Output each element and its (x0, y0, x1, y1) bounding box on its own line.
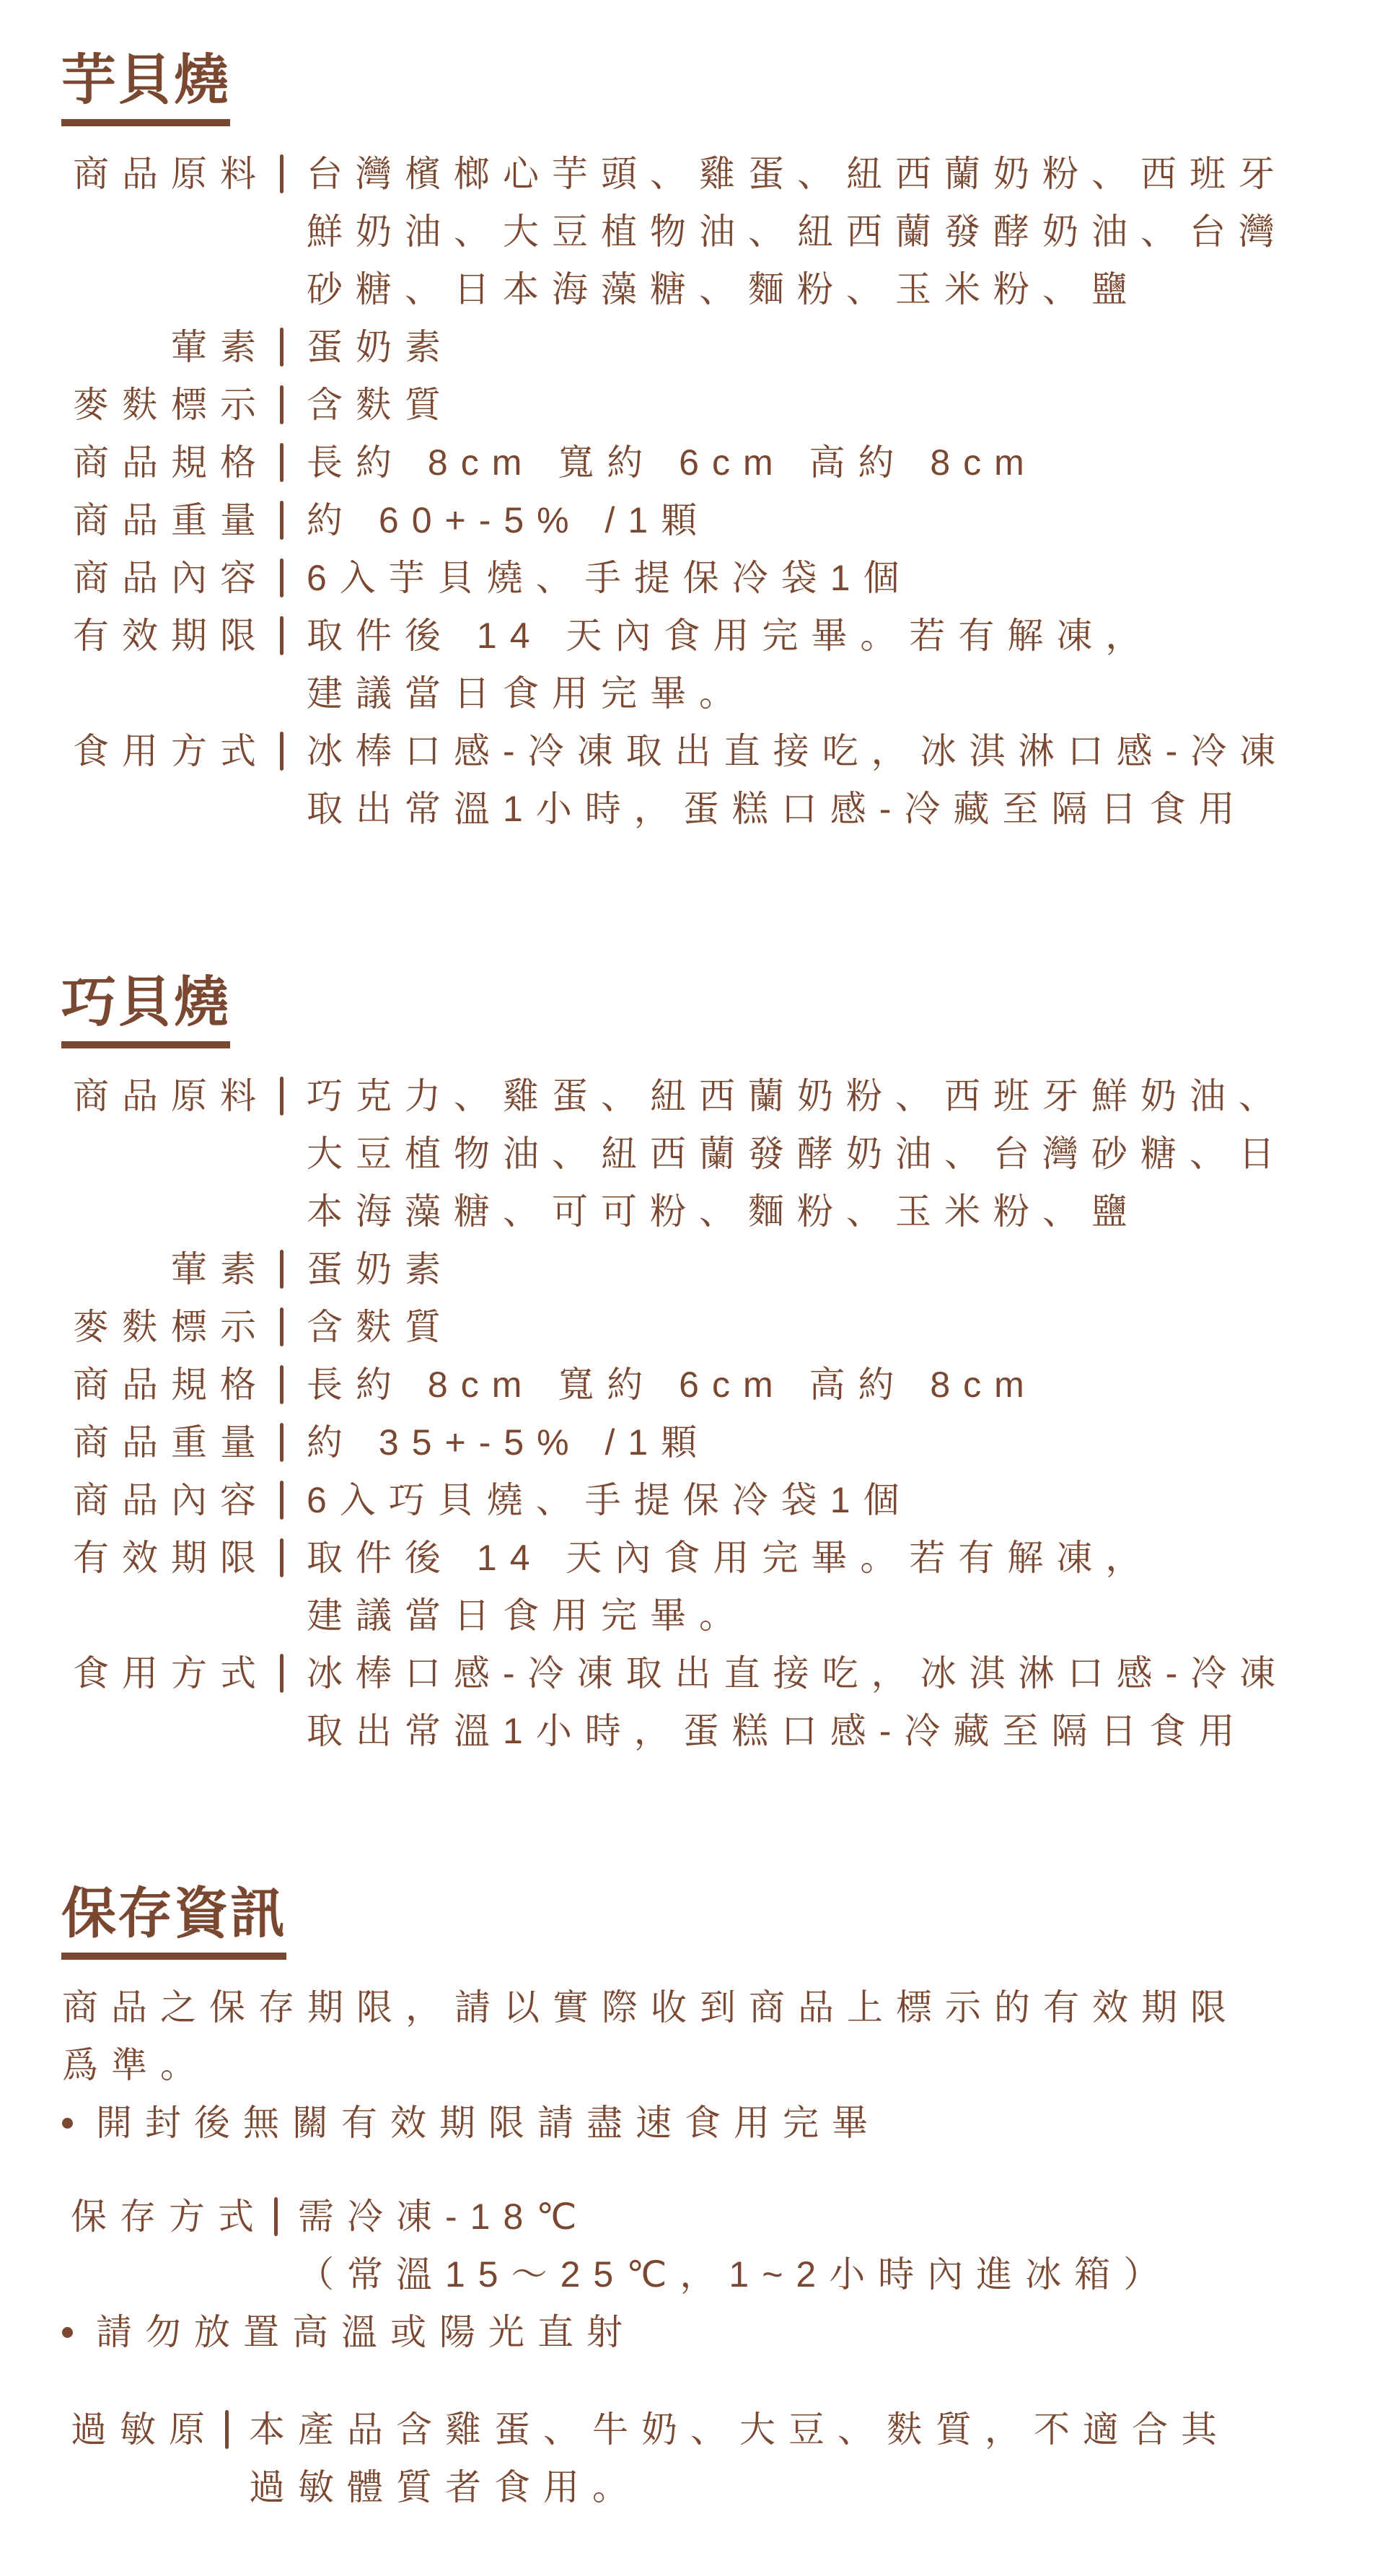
label-divider (280, 328, 283, 367)
storage-row: 保存方式 需冷凍-18℃ （常溫15～25℃，1~2小時內進冰箱） (0, 2188, 1385, 2303)
section-title: 保存資訊 (61, 1886, 286, 1960)
spec-row: 商品重量 約 35+-5% /1顆 (0, 1414, 1385, 1471)
spec-row: 麥麩標示 含麩質 (0, 1298, 1385, 1356)
spec-value: 取件後 14 天內食用完畢。若有解凍， 建議當日食用完畢。 (307, 607, 1154, 722)
spec-value: 巧克力、雞蛋、紐西蘭奶粉、西班牙鮮奶油、 大豆植物油、紐西蘭發酵奶油、台灣砂糖、… (307, 1067, 1288, 1240)
spec-label: 商品規格 (59, 1356, 269, 1414)
spec-line: 冰棒口感-冷凍取出直接吃，冰淇淋口感-冷凍 (307, 1644, 1288, 1702)
storage-info: 商品之保存期限，請以實際收到商品上標示的有效期限 爲準。 開封後無關有效期限請盡… (0, 1979, 1385, 2516)
spec-value: 蛋奶素 (307, 318, 454, 376)
label-divider (280, 501, 283, 540)
spec-line: 6入芋貝燒、手提保冷袋1個 (307, 549, 913, 607)
spec-label: 葷素 (59, 318, 269, 376)
spec-line: 蛋奶素 (307, 318, 454, 376)
spec-row: 商品內容 6入巧貝燒、手提保冷袋1個 (0, 1471, 1385, 1529)
spec-value: 長約 8cm 寬約 6cm 高約 8cm (307, 1356, 1037, 1414)
product-section-chocolate: 巧貝燒 (0, 975, 1385, 1048)
spec-row: 有效期限 取件後 14 天內食用完畢。若有解凍， 建議當日食用完畢。 (0, 607, 1385, 722)
section-title: 巧貝燒 (61, 975, 230, 1048)
section-title: 芋貝燒 (61, 53, 230, 126)
spec-value: 約 35+-5% /1顆 (307, 1414, 710, 1471)
spec-line: 長約 8cm 寬約 6cm 高約 8cm (307, 1356, 1037, 1414)
label-divider (274, 2197, 278, 2236)
label-divider (280, 154, 283, 193)
spec-line: 冰棒口感-冷凍取出直接吃，冰淇淋口感-冷凍 (307, 722, 1288, 780)
spec-label: 麥麩標示 (59, 1298, 269, 1356)
label-divider (225, 2410, 229, 2449)
spec-line: 含麩質 (307, 1298, 454, 1356)
bullet-dot-icon (62, 2327, 73, 2338)
spec-line: （常溫15～25℃，1~2小時內進冰箱） (298, 2246, 1172, 2303)
label-divider (280, 1423, 283, 1462)
spec-line: 約 60+-5% /1顆 (307, 491, 710, 549)
spec-line: 台灣檳榔心芋頭、雞蛋、紐西蘭奶粉、西班牙 (307, 145, 1288, 203)
product-section-taro: 芋貝燒 (0, 0, 1385, 126)
spec-line: 本海藻糖、可可粉、麵粉、玉米粉、鹽 (307, 1183, 1288, 1240)
spec-value: 本產品含雞蛋、牛奶、大豆、麩質，不適合其 過敏體質者食用。 (249, 2401, 1230, 2516)
spec-line: 建議當日食用完畢。 (307, 665, 1154, 722)
bullet-dot-icon (62, 2118, 73, 2129)
spec-row: 有效期限 取件後 14 天內食用完畢。若有解凍， 建議當日食用完畢。 (0, 1529, 1385, 1644)
spec-row: 商品規格 長約 8cm 寬約 6cm 高約 8cm (0, 1356, 1385, 1414)
spec-label: 有效期限 (59, 1529, 269, 1587)
spec-label: 商品內容 (59, 1471, 269, 1529)
spec-value: 6入巧貝燒、手提保冷袋1個 (307, 1471, 913, 1529)
spec-label: 過敏原 (71, 2401, 218, 2458)
spec-label: 商品原料 (59, 145, 269, 203)
spec-label: 有效期限 (59, 607, 269, 665)
spec-row: 食用方式 冰棒口感-冷凍取出直接吃，冰淇淋口感-冷凍 取出常溫1小時，蛋糕口感-… (0, 722, 1385, 838)
spec-row: 商品內容 6入芋貝燒、手提保冷袋1個 (0, 549, 1385, 607)
spec-label: 商品重量 (59, 1414, 269, 1471)
spec-row: 商品原料 台灣檳榔心芋頭、雞蛋、紐西蘭奶粉、西班牙 鮮奶油、大豆植物油、紐西蘭發… (0, 145, 1385, 318)
spec-row: 商品規格 長約 8cm 寬約 6cm 高約 8cm (0, 434, 1385, 491)
spec-value: 含麩質 (307, 1298, 454, 1356)
spec-line: 6入巧貝燒、手提保冷袋1個 (307, 1471, 913, 1529)
spec-line: 長約 8cm 寬約 6cm 高約 8cm (307, 434, 1037, 491)
label-divider (280, 385, 283, 424)
spec-list: 商品原料 巧克力、雞蛋、紐西蘭奶粉、西班牙鮮奶油、 大豆植物油、紐西蘭發酵奶油、… (0, 1067, 1385, 1760)
label-divider (280, 732, 283, 771)
label-divider (280, 1365, 283, 1404)
paragraph-line: 爲準。 (62, 2036, 1385, 2094)
spec-line: 大豆植物油、紐西蘭發酵奶油、台灣砂糖、日 (307, 1125, 1288, 1183)
spec-line: 鮮奶油、大豆植物油、紐西蘭發酵奶油、台灣 (307, 203, 1288, 260)
spec-row: 葷素 蛋奶素 (0, 1240, 1385, 1298)
spec-value: 台灣檳榔心芋頭、雞蛋、紐西蘭奶粉、西班牙 鮮奶油、大豆植物油、紐西蘭發酵奶油、台… (307, 145, 1288, 318)
spec-list: 商品原料 台灣檳榔心芋頭、雞蛋、紐西蘭奶粉、西班牙 鮮奶油、大豆植物油、紐西蘭發… (0, 145, 1385, 838)
spec-value: 冰棒口感-冷凍取出直接吃，冰淇淋口感-冷凍 取出常溫1小時，蛋糕口感-冷藏至隔日… (307, 722, 1288, 838)
spec-line: 砂糖、日本海藻糖、麵粉、玉米粉、鹽 (307, 260, 1288, 318)
spec-line: 巧克力、雞蛋、紐西蘭奶粉、西班牙鮮奶油、 (307, 1067, 1288, 1125)
spec-label: 商品規格 (59, 434, 269, 491)
bullet-text: 請勿放置高溫或陽光直射 (96, 2303, 636, 2361)
spec-row: 食用方式 冰棒口感-冷凍取出直接吃，冰淇淋口感-冷凍 取出常溫1小時，蛋糕口感-… (0, 1644, 1385, 1760)
spec-label: 商品原料 (59, 1067, 269, 1125)
paragraph-line: 商品之保存期限，請以實際收到商品上標示的有效期限 (62, 1979, 1385, 2036)
label-divider (280, 1307, 283, 1346)
spec-value: 長約 8cm 寬約 6cm 高約 8cm (307, 434, 1037, 491)
spec-line: 蛋奶素 (307, 1240, 454, 1298)
spec-line: 需冷凍-18℃ (298, 2188, 1172, 2246)
bullet-item: 請勿放置高溫或陽光直射 (0, 2303, 1385, 2361)
spec-label: 食用方式 (59, 1644, 269, 1702)
spec-line: 本產品含雞蛋、牛奶、大豆、麩質，不適合其 (249, 2401, 1230, 2458)
label-divider (280, 443, 283, 482)
spec-label: 保存方式 (71, 2188, 267, 2246)
bullet-text: 開封後無關有效期限請盡速食用完畢 (96, 2094, 881, 2152)
spec-row: 葷素 蛋奶素 (0, 318, 1385, 376)
spec-line: 過敏體質者食用。 (249, 2458, 1230, 2516)
product-info-sheet: 芋貝燒 商品原料 台灣檳榔心芋頭、雞蛋、紐西蘭奶粉、西班牙 鮮奶油、大豆植物油、… (0, 0, 1385, 2576)
spec-value: 冰棒口感-冷凍取出直接吃，冰淇淋口感-冷凍 取出常溫1小時，蛋糕口感-冷藏至隔日… (307, 1644, 1288, 1760)
spec-value: 約 60+-5% /1顆 (307, 491, 710, 549)
spec-row: 麥麩標示 含麩質 (0, 376, 1385, 434)
spec-value: 取件後 14 天內食用完畢。若有解凍， 建議當日食用完畢。 (307, 1529, 1154, 1644)
storage-paragraph: 商品之保存期限，請以實際收到商品上標示的有效期限 爲準。 (0, 1979, 1385, 2094)
spec-line: 取出常溫1小時，蛋糕口感-冷藏至隔日食用 (307, 780, 1288, 838)
spec-value: 蛋奶素 (307, 1240, 454, 1298)
spec-line: 取件後 14 天內食用完畢。若有解凍， (307, 607, 1154, 665)
spec-label: 麥麩標示 (59, 376, 269, 434)
spec-label: 商品內容 (59, 549, 269, 607)
label-divider (280, 1250, 283, 1289)
spec-label: 葷素 (59, 1240, 269, 1298)
label-divider (280, 616, 283, 655)
spec-line: 含麩質 (307, 376, 454, 434)
spec-line: 約 35+-5% /1顆 (307, 1414, 710, 1471)
spec-line: 取件後 14 天內食用完畢。若有解凍， (307, 1529, 1154, 1587)
label-divider (280, 558, 283, 597)
spec-value: 6入芋貝燒、手提保冷袋1個 (307, 549, 913, 607)
spec-label: 商品重量 (59, 491, 269, 549)
spec-line: 建議當日食用完畢。 (307, 1587, 1154, 1644)
label-divider (280, 1654, 283, 1693)
label-divider (280, 1481, 283, 1520)
label-divider (280, 1538, 283, 1577)
spec-value: 需冷凍-18℃ （常溫15～25℃，1~2小時內進冰箱） (298, 2188, 1172, 2303)
spec-value: 含麩質 (307, 376, 454, 434)
spec-row: 商品原料 巧克力、雞蛋、紐西蘭奶粉、西班牙鮮奶油、 大豆植物油、紐西蘭發酵奶油、… (0, 1067, 1385, 1240)
spec-line: 取出常溫1小時，蛋糕口感-冷藏至隔日食用 (307, 1702, 1288, 1760)
bullet-item: 開封後無關有效期限請盡速食用完畢 (0, 2094, 1385, 2152)
allergen-row: 過敏原 本產品含雞蛋、牛奶、大豆、麩質，不適合其 過敏體質者食用。 (0, 2401, 1385, 2516)
label-divider (280, 1077, 283, 1116)
spec-row: 商品重量 約 60+-5% /1顆 (0, 491, 1385, 549)
storage-section: 保存資訊 (0, 1886, 1385, 1960)
spec-label: 食用方式 (59, 722, 269, 780)
